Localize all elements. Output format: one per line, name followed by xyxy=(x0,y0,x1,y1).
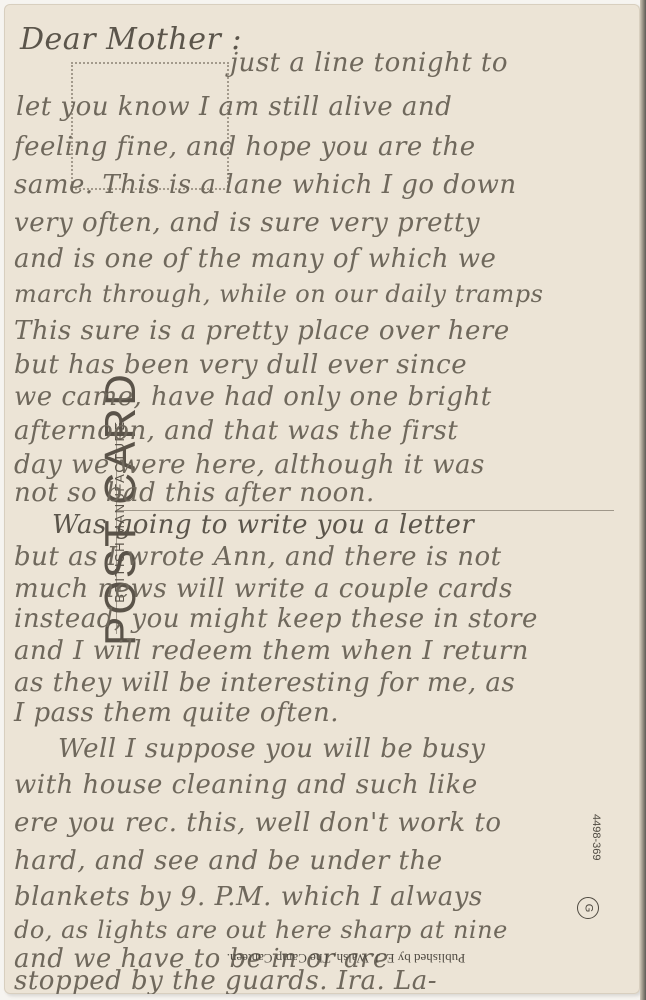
letter-line: do, as lights are out here sharp at nine xyxy=(14,916,508,944)
salutation: Dear Mother : xyxy=(20,22,242,57)
scan-edge xyxy=(640,0,646,1000)
letter-line: blankets by 9. P.M. which I always xyxy=(14,882,483,912)
letter-line: Well I suppose you will be busy xyxy=(58,734,485,764)
letter-line: let you know I am still alive and xyxy=(16,92,452,122)
letter-line: instead, you might keep these in store xyxy=(14,604,538,634)
postcard-back: POST CARD BRITISH MANUFACTURE. Dear Moth… xyxy=(4,4,640,994)
letter-line: stopped by the guards. Ira. La- xyxy=(14,966,437,994)
letter-line: feeling fine, and hope you are the xyxy=(14,132,476,162)
letter-line: and I will redeem them when I return xyxy=(14,636,529,666)
publisher-imprint: Published by E. J. Walsh, The Camp Cante… xyxy=(166,950,526,966)
letter-line: and is one of the many of which we xyxy=(14,244,496,274)
letter-line: afternoon, and that was the first xyxy=(14,416,458,446)
letter-line: not so bad this after noon. xyxy=(14,478,375,508)
letter-line: day we were here, although it was xyxy=(14,450,485,480)
letter-line: hard, and see and be under the xyxy=(14,846,443,876)
series-code: 4498-369 xyxy=(590,814,602,861)
letter-line: we came, have had only one bright xyxy=(14,382,492,412)
letter-line: but has been very dull ever since xyxy=(14,350,467,380)
letter-line: ere you rec. this, well don't work to xyxy=(14,808,502,838)
letter-line: as they will be interesting for me, as xyxy=(14,668,515,698)
letter-line: I pass them quite often. xyxy=(14,698,339,728)
letter-line: very often, and is sure very pretty xyxy=(14,208,480,238)
letter-line: march through, while on our daily tramps xyxy=(14,280,543,308)
badge-letter: G xyxy=(582,904,594,913)
letter-line: Was going to write you a letter xyxy=(52,510,474,540)
letter-line: with house cleaning and such like xyxy=(14,770,478,800)
letter-line: same. This is a lane which I go down xyxy=(14,170,517,200)
letter-line: but as I wrote Ann, and there is not xyxy=(14,542,502,572)
publisher-g-badge-icon: G xyxy=(577,897,599,919)
letter-line: just a line tonight to xyxy=(230,48,508,78)
letter-line: much news will write a couple cards xyxy=(14,574,513,604)
letter-line: This sure is a pretty place over here xyxy=(14,316,510,346)
